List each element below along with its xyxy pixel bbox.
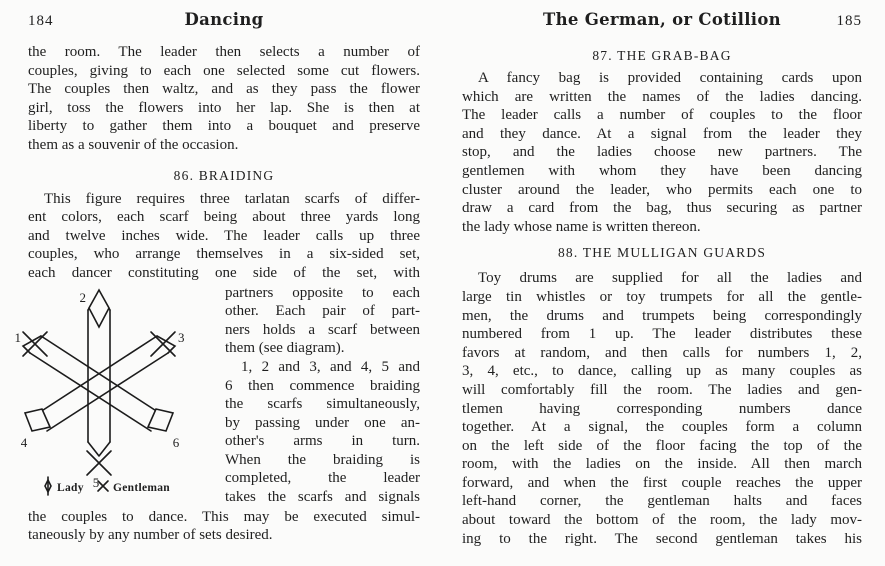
figure-row: 1 2 3 4 5 6 Lady Gentleman bbox=[28, 284, 420, 507]
text-line: girl, toss the flowers into her lap. She… bbox=[28, 99, 420, 118]
paragraph-beside-figure-a: partners opposite to eachother. Each pai… bbox=[225, 284, 420, 358]
text-line: tlemen having corresponding numbers danc… bbox=[462, 400, 862, 419]
text-line: 1, 2 and 3, and 4, 5 and bbox=[225, 358, 420, 377]
text-line: and they dance. At a signal from the lea… bbox=[462, 125, 862, 144]
gentleman-marker-5 bbox=[87, 451, 111, 475]
text-line: This figure requires three tarlatan scar… bbox=[28, 190, 420, 209]
page-185: The German, or Cotillion 185 87. THE GRA… bbox=[443, 0, 885, 566]
text-line: ing to the right. The second gentleman t… bbox=[462, 530, 862, 549]
text-line: other. Each pair of part- bbox=[225, 302, 420, 321]
text-line: each dancer constituting one side of the… bbox=[28, 264, 420, 283]
gentleman-legend-icon bbox=[98, 481, 108, 491]
text-line: draw a card from the bag, thus securing … bbox=[462, 199, 862, 218]
section-heading-mulligan-guards: 88. THE MULLIGAN GUARDS bbox=[462, 244, 862, 261]
text-line: about toward the bottom of the room, the… bbox=[462, 511, 862, 530]
text-line: partners opposite to each bbox=[225, 284, 420, 303]
text-line: liberty to gather them into a bouquet an… bbox=[28, 117, 420, 136]
section-heading-grab-bag: 87. THE GRAB-BAG bbox=[462, 47, 862, 64]
text-line: takes the scarfs and signals bbox=[225, 488, 420, 507]
text-line: cluster around the leader, who permits e… bbox=[462, 181, 862, 200]
paragraph-grab-bag: A fancy bag is provided containing cards… bbox=[462, 69, 862, 236]
lady-marker-6 bbox=[148, 409, 173, 431]
text-line: completed, the leader bbox=[225, 469, 420, 488]
text-line: together. At a signal, the couples form … bbox=[462, 418, 862, 437]
braiding-figure: 1 2 3 4 5 6 Lady Gentleman bbox=[8, 284, 198, 507]
text-line: couples, who arrange themselves in a six… bbox=[28, 245, 420, 264]
paragraph-braiding-intro: This figure requires three tarlatan scar… bbox=[28, 190, 420, 283]
text-line: them as a souvenir of the occasion. bbox=[28, 136, 420, 155]
paragraph-beside-figure-b: 1, 2 and 3, and 4, 5 and6 then commence … bbox=[225, 358, 420, 507]
figure-legend: Lady Gentleman bbox=[45, 477, 170, 495]
text-line: 3, 4, etc., to dance, calling up as many… bbox=[462, 362, 862, 381]
text-line: will comfortably fill the room. The ladi… bbox=[462, 381, 862, 400]
text-line: forward, and when the first couple reach… bbox=[462, 474, 862, 493]
text-line: the scarfs simultaneously, bbox=[225, 395, 420, 414]
text-line: left-hand corner, the gentleman halts an… bbox=[462, 492, 862, 511]
text-line: couples, giving to each one selected som… bbox=[28, 62, 420, 81]
text-line: ners holds a scarf between bbox=[225, 321, 420, 340]
position-label-2: 2 bbox=[80, 290, 87, 305]
text-line: A fancy bag is provided containing cards… bbox=[462, 69, 862, 88]
position-label-5: 5 bbox=[93, 475, 100, 490]
paragraph-room-continuation: the room. The leader then selects a numb… bbox=[28, 43, 420, 155]
lady-marker-2 bbox=[89, 290, 109, 327]
text-line: room, with the ladies on the inside. All… bbox=[462, 455, 862, 474]
section-heading-braiding: 86. BRAIDING bbox=[28, 167, 420, 184]
position-label-4: 4 bbox=[21, 435, 28, 450]
position-label-1: 1 bbox=[15, 330, 22, 345]
position-label-6: 6 bbox=[173, 435, 180, 450]
text-line: The couples then waltz, and as they pass… bbox=[28, 80, 420, 99]
paragraph-mulligan-guards: Toy drums are supplied for all the ladie… bbox=[462, 269, 862, 548]
text-line: stop, and the ladies choose new partners… bbox=[462, 143, 862, 162]
text-line: and twelve inches wide. The leader calls… bbox=[28, 227, 420, 246]
lady-marker-4 bbox=[25, 409, 50, 431]
text-line: favors at random, and then calls for num… bbox=[462, 344, 862, 363]
text-line: When the braiding is bbox=[225, 451, 420, 470]
position-label-3: 3 bbox=[178, 330, 185, 345]
running-head-right: The German, or Cotillion bbox=[504, 10, 820, 29]
lady-legend-label: Lady bbox=[57, 482, 84, 494]
text-line: numbered from 1 up. The leader distribut… bbox=[462, 325, 862, 344]
text-line: them (see diagram). bbox=[225, 339, 420, 358]
text-line: by passing under one an- bbox=[225, 414, 420, 433]
text-line: Toy drums are supplied for all the ladie… bbox=[462, 269, 862, 288]
page-number-left: 184 bbox=[28, 13, 70, 30]
text-line: The leader calls a number of couples to … bbox=[462, 106, 862, 125]
paragraph-below-figure: the couples to dance. This may be execut… bbox=[28, 508, 420, 545]
text-line: 6 then commence braiding bbox=[225, 377, 420, 396]
braiding-diagram-svg: 1 2 3 4 5 6 Lady Gentleman bbox=[8, 284, 198, 499]
text-line: ent colors, each scarf being about three… bbox=[28, 208, 420, 227]
text-line: which are written the names of the ladie… bbox=[462, 88, 862, 107]
text-line: men, the drums and trumpets being corres… bbox=[462, 307, 862, 326]
text-line: the room. The leader then selects a numb… bbox=[28, 43, 420, 62]
page-header-left: 184 Dancing bbox=[28, 10, 420, 32]
page-header-right: The German, or Cotillion 185 bbox=[462, 10, 862, 32]
text-line: taneously by any number of sets desired. bbox=[28, 526, 420, 545]
book-spread: 184 Dancing the room. The leader then se… bbox=[0, 0, 885, 566]
text-line: the lady whose name is written thereon. bbox=[462, 218, 862, 237]
page-184: 184 Dancing the room. The leader then se… bbox=[0, 0, 443, 566]
wrapped-text-column: partners opposite to eachother. Each pai… bbox=[225, 284, 420, 507]
text-line: the couples to dance. This may be execut… bbox=[28, 508, 420, 527]
gentleman-legend-label: Gentleman bbox=[113, 482, 170, 494]
text-line: other's arms in turn. bbox=[225, 432, 420, 451]
page-number-right: 185 bbox=[820, 13, 862, 30]
text-line: on the left side of the floor facing the… bbox=[462, 437, 862, 456]
text-line: large tin whistles or toy trumpets for a… bbox=[462, 288, 862, 307]
running-head-left: Dancing bbox=[70, 10, 378, 29]
text-line: gentlemen with whom they have been danci… bbox=[462, 162, 862, 181]
